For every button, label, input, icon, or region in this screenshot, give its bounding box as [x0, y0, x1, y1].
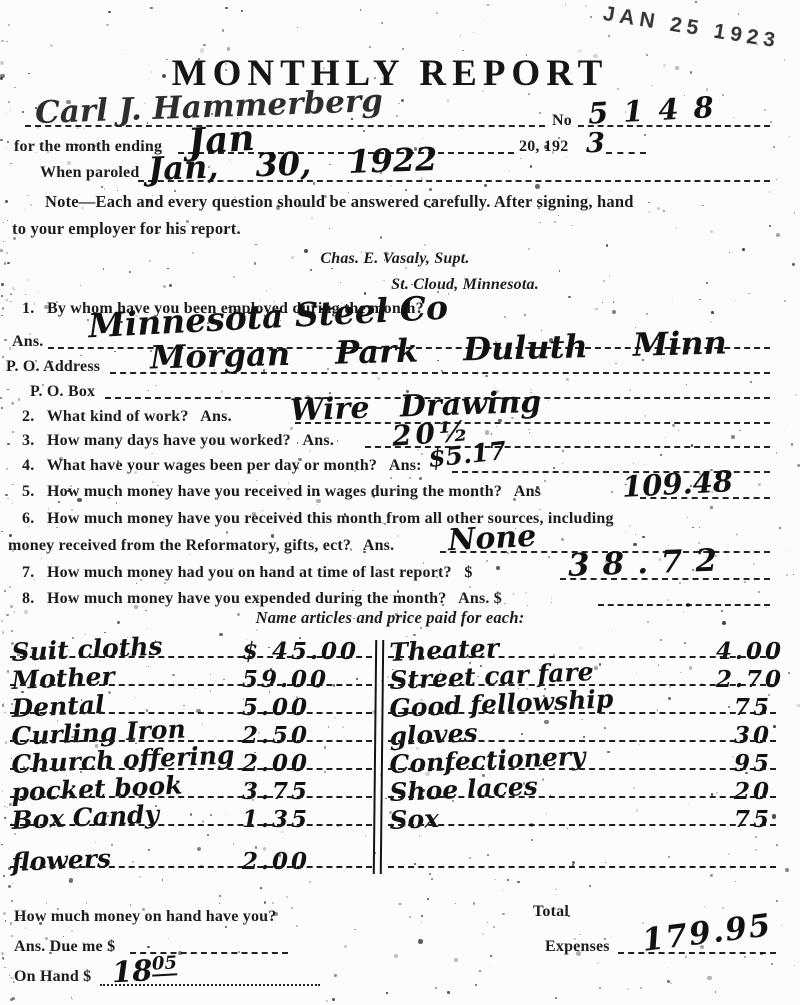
q6-answer-handwriting: None — [447, 522, 537, 557]
month-printed-date: 20, 192 — [519, 138, 568, 156]
paroled-date-handwriting: Jan, 30, 1922 — [148, 143, 438, 185]
expense-row: Sox75 — [388, 794, 776, 826]
q7-number: 7. — [22, 564, 34, 581]
question-5: 5. How much money have you received in w… — [22, 483, 541, 501]
on-hand-amount-handwriting: 1805 — [111, 954, 178, 987]
expense-item-name: Sox — [389, 806, 440, 833]
institution-city: St. Cloud, Minnesota. — [280, 276, 650, 294]
q6-number: 6. — [22, 510, 34, 527]
due-me-label: Ans. Due me $ — [14, 938, 115, 956]
q5-text: How much money have you received in wage… — [47, 483, 502, 500]
parolee-number-handwriting: 5148 — [587, 92, 729, 128]
expenses-label: Expenses — [545, 938, 610, 956]
q2-ans-label: Ans. — [200, 408, 231, 425]
on-hand-cents: 05 — [151, 952, 177, 976]
expense-row-line — [10, 866, 372, 868]
expense-item-amount: 75 — [734, 808, 772, 831]
scanned-monthly-report-form: JAN 25 1923 MONTHLY REPORT Carl J. Hamme… — [0, 0, 800, 1005]
table-column-divider — [373, 640, 384, 874]
month-ending-label: for the month ending — [14, 138, 162, 156]
note-line1: Note—Each and every question should be a… — [45, 192, 634, 212]
expense-item-name: Box Candy — [11, 802, 160, 833]
expense-row: flowers2.00 — [10, 836, 372, 868]
q3-number: 3. — [22, 432, 34, 449]
expense-row-line — [388, 824, 776, 826]
expense-row — [388, 836, 776, 868]
q3-text: How many days have you worked? — [47, 432, 291, 449]
q8-ans-label: Ans. $ — [458, 590, 502, 607]
q4-number: 4. — [22, 457, 34, 474]
q1-number: 1. — [22, 300, 34, 317]
q4-ans-label: Ans: — [389, 457, 422, 474]
q3-ans-label: Ans. — [303, 432, 334, 449]
q7-answer-handwriting: 38.72 — [568, 545, 731, 582]
q4-text: What have your wages been per day or mon… — [47, 457, 377, 474]
q5-answer-handwriting: 109.48 — [621, 467, 733, 502]
expense-item-amount: 2.00 — [242, 850, 310, 873]
po-box-label: P. O. Box — [30, 383, 95, 401]
paroled-label: When paroled — [40, 164, 139, 182]
q2-text: What kind of work? — [47, 408, 189, 425]
on-hand-label: On Hand $ — [14, 968, 91, 986]
q2-number: 2. — [22, 408, 34, 425]
q6-ans-label: Ans. — [363, 537, 394, 554]
question-3: 3. How many days have you worked? Ans. — [22, 432, 334, 450]
total-label: Total — [533, 903, 569, 921]
expense-table-caption: Name articles and price paid for each: — [180, 608, 600, 628]
expense-item-amount: 1.35 — [242, 808, 310, 831]
question-4: 4. What have your wages been per day or … — [22, 457, 422, 475]
expenses-total-handwriting: 179.95 — [641, 910, 774, 957]
expense-item-name: flowers — [11, 846, 112, 875]
q5-number: 5. — [22, 483, 34, 500]
superintendent-name: Chas. E. Vasaly, Supt. — [210, 250, 580, 268]
year-digit-handwriting: 3 — [586, 130, 605, 157]
on-hand-question: How much money on hand have you? — [14, 908, 276, 926]
q8-number: 8. — [22, 590, 34, 607]
question-7: 7. How much money had you on hand at tim… — [22, 564, 473, 582]
q6-text2: money received from the Reformatory, gif… — [8, 537, 351, 554]
expense-row-line — [10, 824, 372, 826]
q7-dollar-label: $ — [464, 564, 472, 581]
q7-text: How much money had you on hand at time o… — [47, 564, 452, 581]
question-8: 8. How much money have you expended duri… — [22, 590, 502, 608]
q8-line — [598, 604, 770, 606]
q4-answer-handwriting: $5.17 — [427, 438, 507, 471]
po-address-label: P. O. Address — [6, 358, 100, 376]
expense-row: Box Candy1.35 — [10, 794, 372, 826]
month-line-end — [606, 152, 646, 154]
q8-text: How much money have you expended during … — [47, 590, 446, 607]
on-hand-dollars: 18 — [111, 953, 153, 989]
date-stamp: JAN 25 1923 — [601, 2, 781, 54]
note-line2: to your employer for his report. — [12, 219, 241, 239]
name-line — [25, 125, 545, 127]
question-2: 2. What kind of work? Ans. — [22, 408, 232, 426]
no-label: No — [552, 112, 572, 130]
q5-ans-label: Ans — [514, 483, 541, 500]
question-6-line2: money received from the Reformatory, gif… — [8, 537, 394, 555]
expense-row-line — [388, 866, 776, 868]
ans-label: Ans. — [12, 333, 43, 351]
